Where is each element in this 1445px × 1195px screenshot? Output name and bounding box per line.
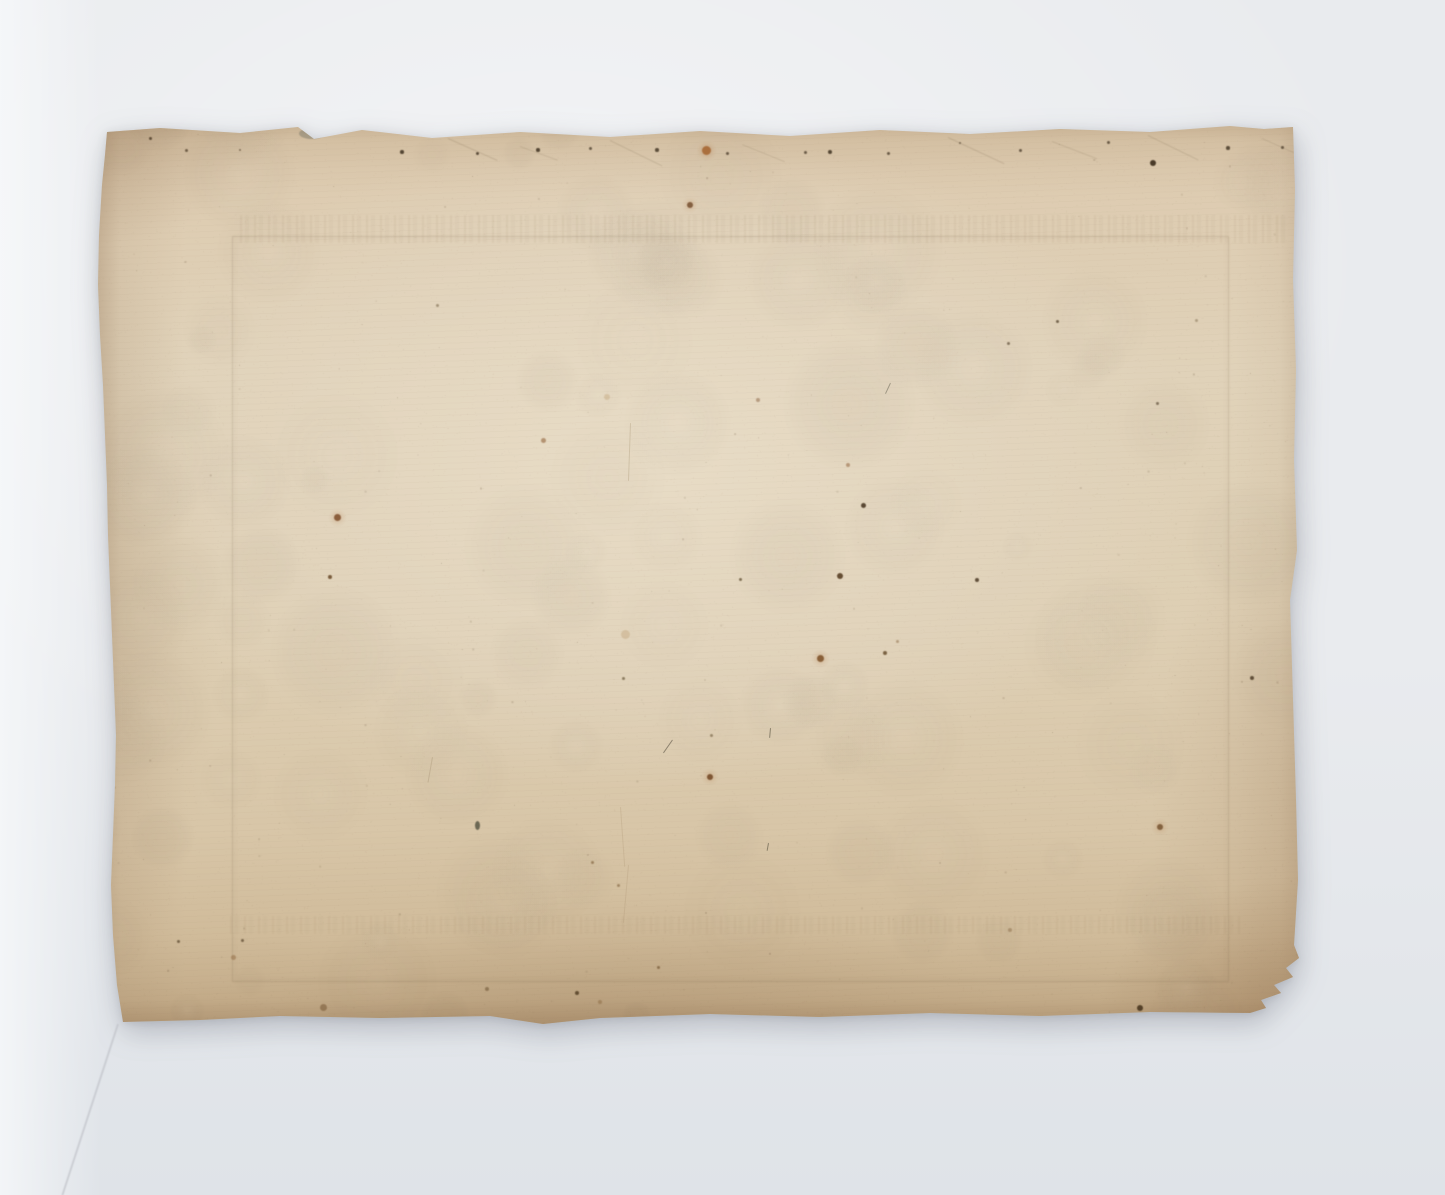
fiber-marks-layer <box>90 115 1305 1030</box>
fiber-mark <box>628 423 631 481</box>
fiber-mark <box>769 728 771 738</box>
fiber-mark <box>427 757 433 783</box>
fiber-mark <box>767 843 770 851</box>
paper-shadow-wrapper <box>0 0 1445 1195</box>
fiber-mark <box>623 865 629 923</box>
fiber-mark <box>620 807 626 867</box>
paper-sheet <box>90 115 1305 1030</box>
fiber-mark <box>663 740 673 754</box>
fiber-mark <box>885 383 891 394</box>
